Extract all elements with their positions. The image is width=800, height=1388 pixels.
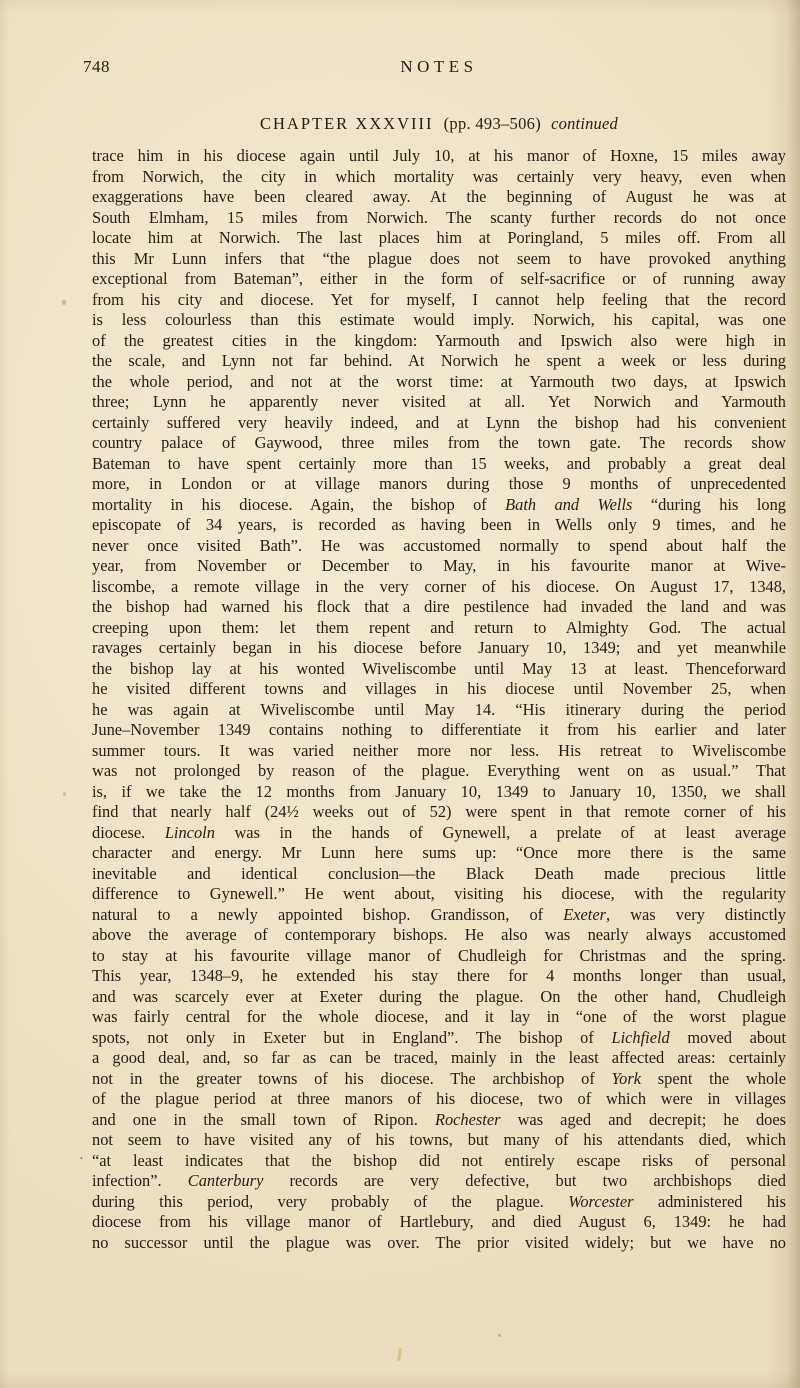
text-line: is, if we take the 12 months from Januar… <box>92 782 786 803</box>
text-line: the whole period, and not at the worst t… <box>92 372 786 393</box>
text-line: year, from November or December to May, … <box>92 556 786 577</box>
book-page: 748 NOTES CHAPTER XXXVIII (pp. 493–506) … <box>0 0 800 1388</box>
chapter-continued-label: continued <box>551 114 618 133</box>
text-line: ravages certainly began in his diocese b… <box>92 638 786 659</box>
text-line: locate him at Norwich. The last places h… <box>92 228 786 249</box>
text-line: the bishop lay at his wonted Wiveliscomb… <box>92 659 786 680</box>
body-text: trace him in his diocese again until Jul… <box>92 146 786 1253</box>
chapter-heading: CHAPTER XXXVIII (pp. 493–506) continued <box>92 114 786 134</box>
text-line: natural to a newly appointed bishop. Gra… <box>92 905 786 926</box>
text-line: infection”. Canterbury records are very … <box>92 1171 786 1192</box>
text-line: diocese. Lincoln was in the hands of Gyn… <box>92 823 786 844</box>
text-line: Bateman to have spent certainly more tha… <box>92 454 786 475</box>
page-number: 748 <box>83 57 110 77</box>
text-line: of the plague period at three manors of … <box>92 1089 786 1110</box>
text-line: summer tours. It was varied neither more… <box>92 741 786 762</box>
text-line: certainly suffered very heavily indeed, … <box>92 413 786 434</box>
running-head-title: NOTES <box>400 57 477 76</box>
text-line: exaggerations have been cleared away. At… <box>92 187 786 208</box>
text-line: This year, 1348–9, he extended his stay … <box>92 966 786 987</box>
text-line: South Elmham, 15 miles from Norwich. The… <box>92 208 786 229</box>
text-line: above the average of contemporary bishop… <box>92 925 786 946</box>
text-line: was fairly central for the whole diocese… <box>92 1007 786 1028</box>
text-line: during this period, very probably of the… <box>92 1192 786 1213</box>
text-line: episcopate of 34 years, is recorded as h… <box>92 515 786 536</box>
text-line: to stay at his favourite village manor o… <box>92 946 786 967</box>
text-line: and one in the small town of Ripon. Roch… <box>92 1110 786 1131</box>
text-line: creeping upon them: let them repent and … <box>92 618 786 639</box>
text-line: “at least indicates that the bishop did … <box>92 1151 786 1172</box>
text-line: June–November 1349 contains nothing to d… <box>92 720 786 741</box>
text-line: mortality in his diocese. Again, the bis… <box>92 495 786 516</box>
text-line: was not prolonged by reason of the plagu… <box>92 761 786 782</box>
text-line: a good deal, and, so far as can be trace… <box>92 1048 786 1069</box>
text-line: not seem to have visited any of his town… <box>92 1130 786 1151</box>
text-line: he visited different towns and villages … <box>92 679 786 700</box>
text-line: country palace of Gaywood, three miles f… <box>92 433 786 454</box>
text-line: not in the greater towns of his diocese.… <box>92 1069 786 1090</box>
text-line: the scale, and Lynn not far behind. At N… <box>92 351 786 372</box>
text-line: from Norwich, the city in which mortalit… <box>92 167 786 188</box>
paper-speck <box>63 792 66 796</box>
text-line: liscombe, a remote village in the very c… <box>92 577 786 598</box>
chapter-label: CHAPTER XXXVIII <box>260 114 433 133</box>
text-line: spots, not only in Exeter but in England… <box>92 1028 786 1049</box>
text-line: diocese from his village manor of Hartle… <box>92 1212 786 1233</box>
text-line: and was scarcely ever at Exeter during t… <box>92 987 786 1008</box>
text-line: find that nearly half (24½ weeks out of … <box>92 802 786 823</box>
text-line: difference to Gynewell.” He went about, … <box>92 884 786 905</box>
text-line: the bishop had warned his flock that a d… <box>92 597 786 618</box>
text-line: no successor until the plague was over. … <box>92 1233 786 1254</box>
text-line: from his city and diocese. Yet for mysel… <box>92 290 786 311</box>
paper-speck <box>397 1348 402 1361</box>
text-line: this Mr Lunn infers that “the plague doe… <box>92 249 786 270</box>
paper-speck <box>62 300 66 305</box>
text-line: never once visited Bath”. He was accusto… <box>92 536 786 557</box>
text-line: of the greatest cities in the kingdom: Y… <box>92 331 786 352</box>
chapter-page-range: (pp. 493–506) <box>444 114 541 133</box>
running-header: 748 NOTES <box>92 57 786 77</box>
text-line: three; Lynn he apparently never visited … <box>92 392 786 413</box>
text-line: inevitable and identical conclusion—the … <box>92 864 786 885</box>
text-line: trace him in his diocese again until Jul… <box>92 146 786 167</box>
text-line: character and energy. Mr Lunn here sums … <box>92 843 786 864</box>
text-line: exceptional from Bateman”, either in the… <box>92 269 786 290</box>
print-artifact-dot: · <box>79 1152 84 1168</box>
text-line: more, in London or at village manors dur… <box>92 474 786 495</box>
paper-speck <box>498 1334 501 1337</box>
text-line: he was again at Wiveliscombe until May 1… <box>92 700 786 721</box>
text-line: is less colourless than this estimate wo… <box>92 310 786 331</box>
